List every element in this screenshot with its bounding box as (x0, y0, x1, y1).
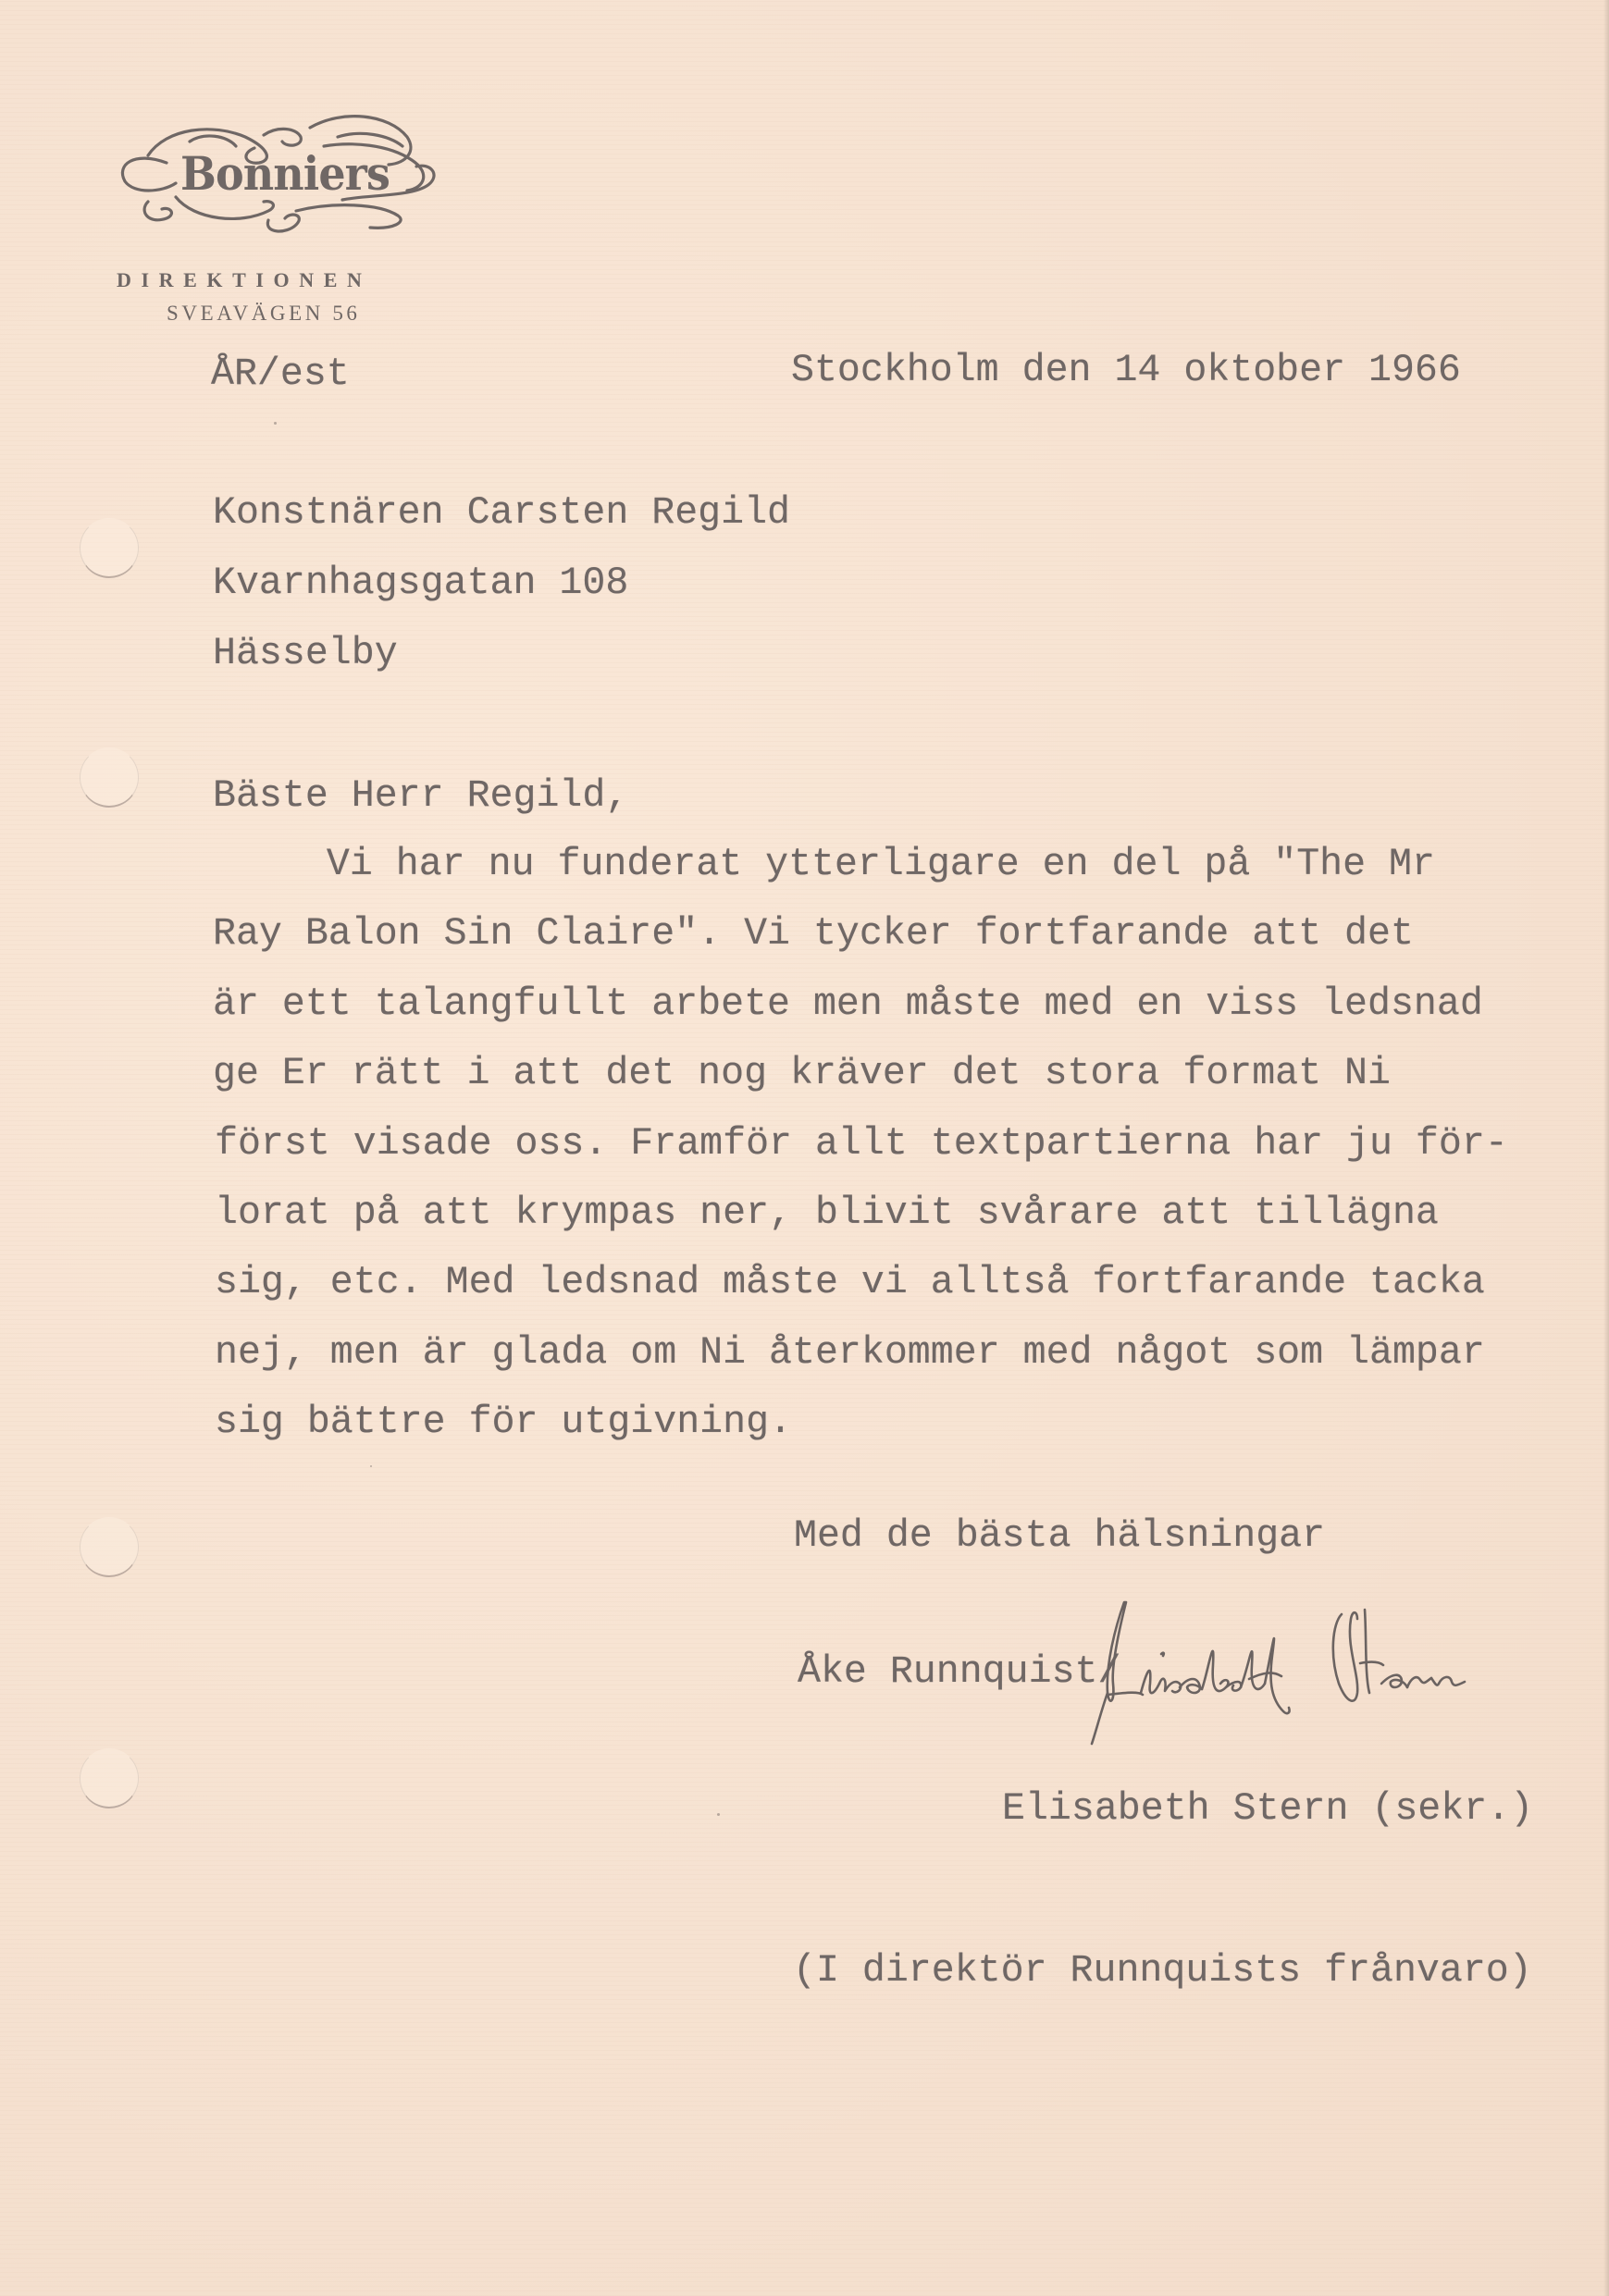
date-line: Stockholm den 14 oktober 1966 (791, 352, 1461, 390)
absence-note: (I direktör Runnquists frånvaro) (793, 1952, 1532, 1991)
body-line: Ray Balon Sin Claire". Vi tycker fortfar… (213, 915, 1414, 954)
body-line: sig bättre för utgivning. (215, 1403, 792, 1442)
hole-punch-mark (80, 747, 139, 808)
recipient-line: Hässelby (213, 635, 398, 673)
logo-wordmark: Bonniers (180, 146, 390, 201)
bonniers-logo: Bonniers (111, 109, 449, 239)
closing-greeting: Med de bästa hälsningar (794, 1517, 1325, 1556)
hole-punch-mark (80, 1517, 139, 1577)
handwritten-signature: Elisabeth Stern (1087, 1591, 1587, 1748)
signer-name: Elisabeth Stern (sekr.) (1002, 1790, 1533, 1829)
paper-speck (717, 1813, 720, 1816)
paper-speck (274, 422, 277, 425)
recipient-line: Konstnären Carsten Regild (213, 494, 790, 533)
letterhead-address: SVEAVÄGEN 56 (167, 302, 361, 326)
recipient-line: Kvarnhagsgatan 108 (213, 564, 628, 603)
paper-speck (370, 1465, 372, 1467)
body-line: är ett talangfullt arbete men måste med … (213, 985, 1483, 1024)
signature-icon: Elisabeth Stern (1087, 1591, 1587, 1748)
body-line: lorat på att krympas ner, blivit svårare… (215, 1194, 1439, 1233)
page-edge (1603, 0, 1609, 2296)
hole-punch-mark (80, 1748, 139, 1808)
salutation: Bäste Herr Regild, (213, 777, 628, 816)
body-line: sig, etc. Med ledsnad måste vi alltså fo… (215, 1264, 1485, 1302)
letter-page: Bonniers DIREKTIONEN SVEAVÄGEN 56 ÅR/est… (0, 0, 1609, 2296)
body-line: först visade oss. Framför allt textparti… (215, 1125, 1508, 1164)
sender-prefix: Åke Runnquist/ (798, 1653, 1120, 1692)
letterhead-department: DIREKTIONEN (117, 268, 372, 292)
hole-punch-mark (80, 518, 139, 578)
body-line: nej, men är glada om Ni återkommer med n… (215, 1334, 1485, 1373)
body-line: Vi har nu funderat ytterligare en del på… (257, 846, 1435, 884)
reference-initials: ÅR/est (211, 355, 350, 394)
body-line: ge Er rätt i att det nog kräver det stor… (213, 1055, 1391, 1093)
